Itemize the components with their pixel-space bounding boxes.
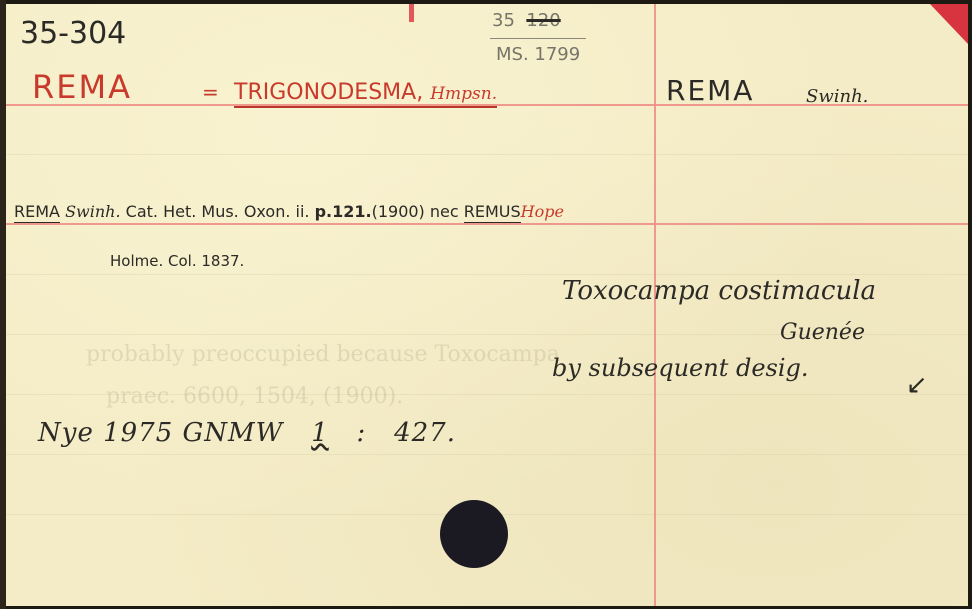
- pencil-divider: [490, 38, 586, 39]
- pencil-ref-top: 35 120: [492, 10, 561, 31]
- arrow-icon: ↙: [906, 370, 928, 400]
- citation-nec: nec: [430, 202, 459, 221]
- ghost-text-line2: praec. 6600, 1504, (1900).: [106, 384, 403, 409]
- heading-synonym: TRIGONODESMA, Hmpsn.: [234, 80, 497, 108]
- pencil-ref-struck: 120: [526, 10, 560, 31]
- catalog-number: 35-304: [20, 16, 126, 51]
- citation-genus: REMA: [14, 202, 60, 223]
- right-heading-genus: REMA: [666, 74, 754, 107]
- type-designation: by subsequent desig.: [552, 354, 809, 382]
- citation-author: Swinh.: [65, 202, 120, 221]
- index-card: 35-304 35 120 MS. 1799 REMA = TRIGONODES…: [6, 4, 968, 606]
- nye-reference: Nye 1975 GNMW 1 : 427.: [38, 418, 456, 448]
- heading-equals: =: [202, 80, 219, 104]
- citation-homonym: REMUS: [464, 202, 521, 223]
- citation-reference: Cat. Het. Mus. Oxon. ii.: [126, 202, 310, 221]
- red-corner-tab: [930, 4, 968, 44]
- nye-volume: 1: [311, 418, 329, 448]
- red-tab-tick: [409, 4, 414, 22]
- ghost-text-line1: probably preoccupied because Toxocampa: [86, 342, 560, 367]
- citation-second-line: Holme. Col. 1837.: [110, 252, 244, 270]
- ruled-line: [6, 154, 968, 155]
- pencil-ms-number: MS. 1799: [496, 44, 580, 65]
- ruled-line: [6, 274, 968, 275]
- synonym-name: TRIGONODESMA,: [234, 80, 423, 105]
- citation-red-rule: [6, 223, 968, 225]
- type-species-name: Toxocampa costimacula: [562, 276, 876, 306]
- nye-citation: Nye 1975 GNMW: [38, 418, 283, 448]
- citation-line: REMA Swinh. Cat. Het. Mus. Oxon. ii. p.1…: [14, 202, 564, 221]
- nye-page: 427.: [394, 418, 456, 448]
- citation-homonym-author: Hope: [521, 202, 564, 221]
- ruled-line: [6, 454, 968, 455]
- punch-hole: [440, 500, 508, 568]
- nye-colon: :: [357, 418, 367, 448]
- synonym-author: Hmpsn.: [430, 84, 497, 104]
- heading-genus: REMA: [32, 68, 132, 106]
- citation-page: p.121.: [315, 202, 372, 221]
- pencil-ref-series: 35: [492, 10, 515, 31]
- citation-year: (1900): [372, 202, 425, 221]
- type-species-author: Guenée: [780, 320, 865, 345]
- right-heading-author: Swinh.: [806, 86, 868, 107]
